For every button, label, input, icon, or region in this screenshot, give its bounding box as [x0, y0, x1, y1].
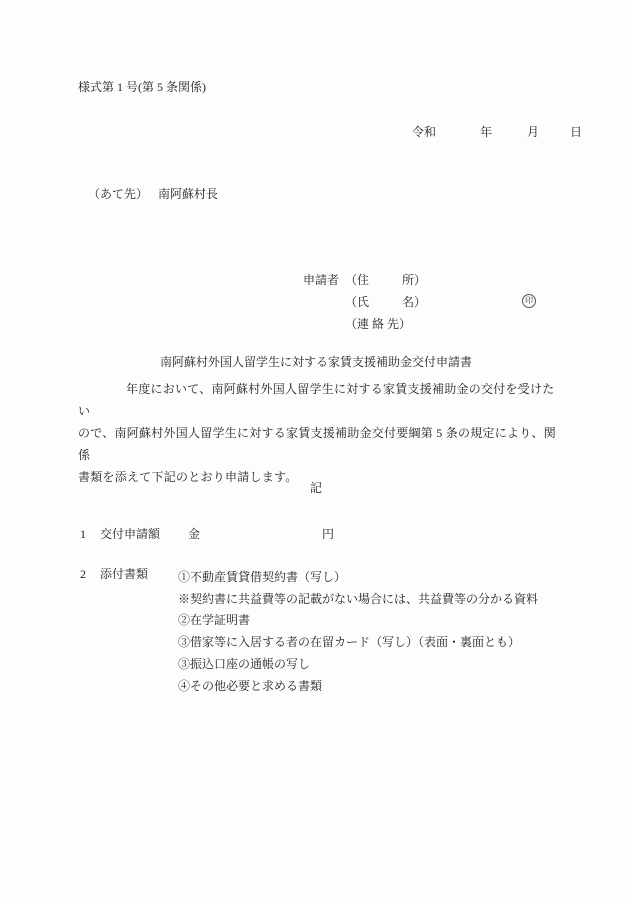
attachment-item: ②在学証明書 [178, 610, 578, 632]
body-paragraph: 年度において、南阿蘇村外国人留学生に対する家賃支援補助金の交付を受けたい ので、… [78, 378, 562, 488]
item2-number: 2 [80, 567, 86, 582]
applicant-name-label-open: （氏 [345, 295, 369, 310]
item2-label: 添付書類 [100, 567, 148, 582]
applicant-label: 申請者 [303, 273, 339, 288]
body-line: 年度において、南阿蘇村外国人留学生に対する家賃支援補助金の交付を受けたい [78, 378, 562, 422]
attachment-item-note: ※契約書に共益費等の記載がない場合には、共益費等の分かる資料 [178, 589, 578, 611]
addressee-label: （あて先） [88, 187, 148, 202]
document-title: 南阿蘇村外国人留学生に対する家賃支援補助金交付申請書 [78, 355, 554, 370]
application-form-page: 様式第 1 号(第 5 条関係) 令和 年 月 日 （あて先） 南阿蘇村長 申請… [0, 0, 630, 903]
list-marker: 記 [78, 481, 554, 496]
addressee-name: 南阿蘇村長 [158, 187, 218, 202]
body-line: ので、南阿蘇村外国人留学生に対する家賃支援補助金交付要綱第 5 条の規定により、… [78, 422, 562, 466]
applicant-address-label-open: （住 [345, 273, 369, 288]
applicant-name-label-close: 名） [402, 295, 426, 310]
item1-number: 1 [80, 527, 86, 542]
attachment-item: ①不動産賃貸借契約書（写し） [178, 567, 578, 589]
date-year-label: 年 [480, 125, 492, 140]
attachment-item: ③借家等に入居する者の在留カード（写し）（表面・裏面とも） [178, 632, 578, 654]
attachment-item: ③振込口座の通帳の写し [178, 654, 578, 676]
seal-mark-icon: 印 [522, 294, 536, 308]
date-day-label: 日 [570, 125, 582, 140]
amount-prefix: 金 [188, 527, 200, 542]
form-number: 様式第 1 号(第 5 条関係) [78, 80, 206, 95]
amount-suffix: 円 [322, 527, 334, 542]
applicant-contact-label: （連 絡 先） [345, 317, 411, 332]
date-month-label: 月 [527, 125, 539, 140]
applicant-address-label-close: 所） [402, 273, 426, 288]
item1-label: 交付申請額 [100, 527, 160, 542]
attachment-item: ④その他必要と求める書類 [178, 676, 578, 698]
attachments-list: ①不動産賃貸借契約書（写し） ※契約書に共益費等の記載がない場合には、共益費等の… [178, 567, 578, 697]
date-era-label: 令和 [412, 125, 436, 140]
